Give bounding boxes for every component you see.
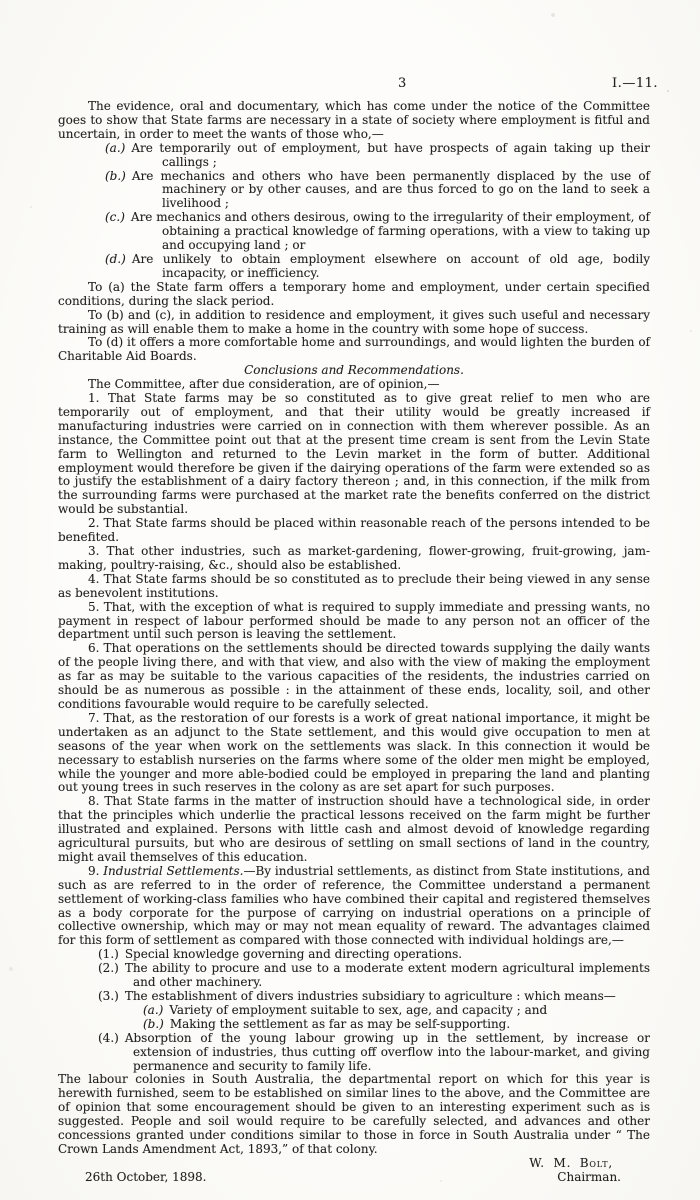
advantages-item-1: (1.)Special knowledge governing and dire…	[58, 948, 650, 962]
opinion-paragraph-6: 6. That operations on the settlements sh…	[58, 642, 650, 712]
list-item-text: Absorption of the young labour growing u…	[125, 1031, 650, 1073]
signature-bottom-row: 26th October, 1898.Chairman.	[58, 1171, 650, 1185]
list-item-label: (2.)	[98, 961, 119, 975]
page-header: 3 I.—11.	[0, 76, 700, 94]
list-item-text: Are mechanics and others who have been p…	[132, 169, 650, 211]
section-heading: Conclusions and Recommendations.	[58, 364, 650, 378]
list-item-label: (b.)	[143, 1017, 164, 1031]
advantages-item-4: (4.)Absorption of the young labour growi…	[58, 1032, 650, 1074]
document-reference: I.—11.	[612, 76, 658, 91]
opinion-paragraph-9: 9. Industrial Settlements.—By industrial…	[58, 865, 650, 948]
opinion-paragraph-7: 7. That, as the restoration of our fores…	[58, 712, 650, 795]
advantages-item-3: (3.)The establishment of divers industri…	[58, 990, 650, 1004]
response-paragraph-d: To (d) it offers a more comfortable home…	[58, 336, 650, 364]
response-paragraph-bc: To (b) and (c), in addition to residence…	[58, 309, 650, 337]
list-item-label: (3.)	[98, 989, 119, 1003]
list-item-text: Are mechanics and others desirous, owing…	[131, 210, 650, 252]
wants-list: (a.)Are temporarily out of employment, b…	[58, 142, 650, 281]
document-body: The evidence, oral and documentary, whic…	[58, 100, 650, 1185]
opinion-9-number: 9.	[88, 864, 99, 878]
opinion-paragraph-2: 2. That State farms should be placed wit…	[58, 517, 650, 545]
wants-list-item-d: (d.)Are unlikely to obtain employment el…	[58, 253, 650, 281]
advantages-sub-item-b: (b.)Making the settlement as far as may …	[58, 1018, 650, 1032]
signature-date: 26th October, 1898.	[85, 1171, 206, 1185]
list-item-text: The establishment of divers industries s…	[125, 989, 616, 1003]
list-item-label: (a.)	[105, 141, 125, 155]
list-item-text: Special knowledge governing and directin…	[125, 947, 462, 961]
response-paragraph-a: To (a) the State farm offers a temporary…	[58, 281, 650, 309]
list-item-label: (d.)	[105, 252, 126, 266]
opinion-paragraph-4: 4. That State farms should be so constit…	[58, 573, 650, 601]
document-page: 3 I.—11. The evidence, oral and document…	[0, 0, 700, 1200]
list-item-text: Variety of employment suitable to sex, a…	[169, 1003, 547, 1017]
scan-speck-layer	[0, 0, 2, 2]
list-item-text: Making the settlement as far as may be s…	[170, 1017, 510, 1031]
list-item-text: Are unlikely to obtain employment elsewh…	[132, 252, 650, 280]
signature-title: Chairman.	[557, 1171, 621, 1185]
intro-paragraph: The evidence, oral and documentary, whic…	[58, 100, 650, 142]
list-item-label: (c.)	[105, 210, 125, 224]
list-item-label: (b.)	[105, 169, 126, 183]
list-item-text: Are temporarily out of employment, but h…	[131, 141, 650, 169]
list-item-label: (1.)	[98, 947, 119, 961]
list-item-label: (4.)	[98, 1031, 119, 1045]
list-item-text: The ability to procure and use to a mode…	[125, 961, 650, 989]
opinion-paragraph-1: 1. That State farms may be so constitute…	[58, 392, 650, 517]
signature-name: W. M. Bolt,	[529, 1156, 613, 1170]
closing-paragraph: The labour colonies in South Australia, …	[58, 1073, 650, 1156]
list-item-label: (a.)	[143, 1003, 163, 1017]
wants-list-item-b: (b.)Are mechanics and others who have be…	[58, 170, 650, 212]
wants-list-item-c: (c.)Are mechanics and others desirous, o…	[58, 211, 650, 253]
opinion-intro-paragraph: The Committee, after due consideration, …	[58, 378, 650, 392]
opinion-paragraph-3: 3. That other industries, such as market…	[58, 545, 650, 573]
page-number: 3	[398, 76, 406, 91]
advantages-item-2: (2.)The ability to procure and use to a …	[58, 962, 650, 990]
opinion-paragraph-5: 5. That, with the exception of what is r…	[58, 601, 650, 643]
opinion-paragraph-8: 8. That State farms in the matter of ins…	[58, 795, 650, 865]
advantages-list: (1.)Special knowledge governing and dire…	[58, 948, 650, 1073]
opinion-9-title: Industrial Settlements.	[103, 864, 243, 878]
wants-list-item-a: (a.)Are temporarily out of employment, b…	[58, 142, 650, 170]
signature-name-row: W. M. Bolt,	[58, 1157, 650, 1171]
advantages-sub-item-a: (a.)Variety of employment suitable to se…	[58, 1004, 650, 1018]
